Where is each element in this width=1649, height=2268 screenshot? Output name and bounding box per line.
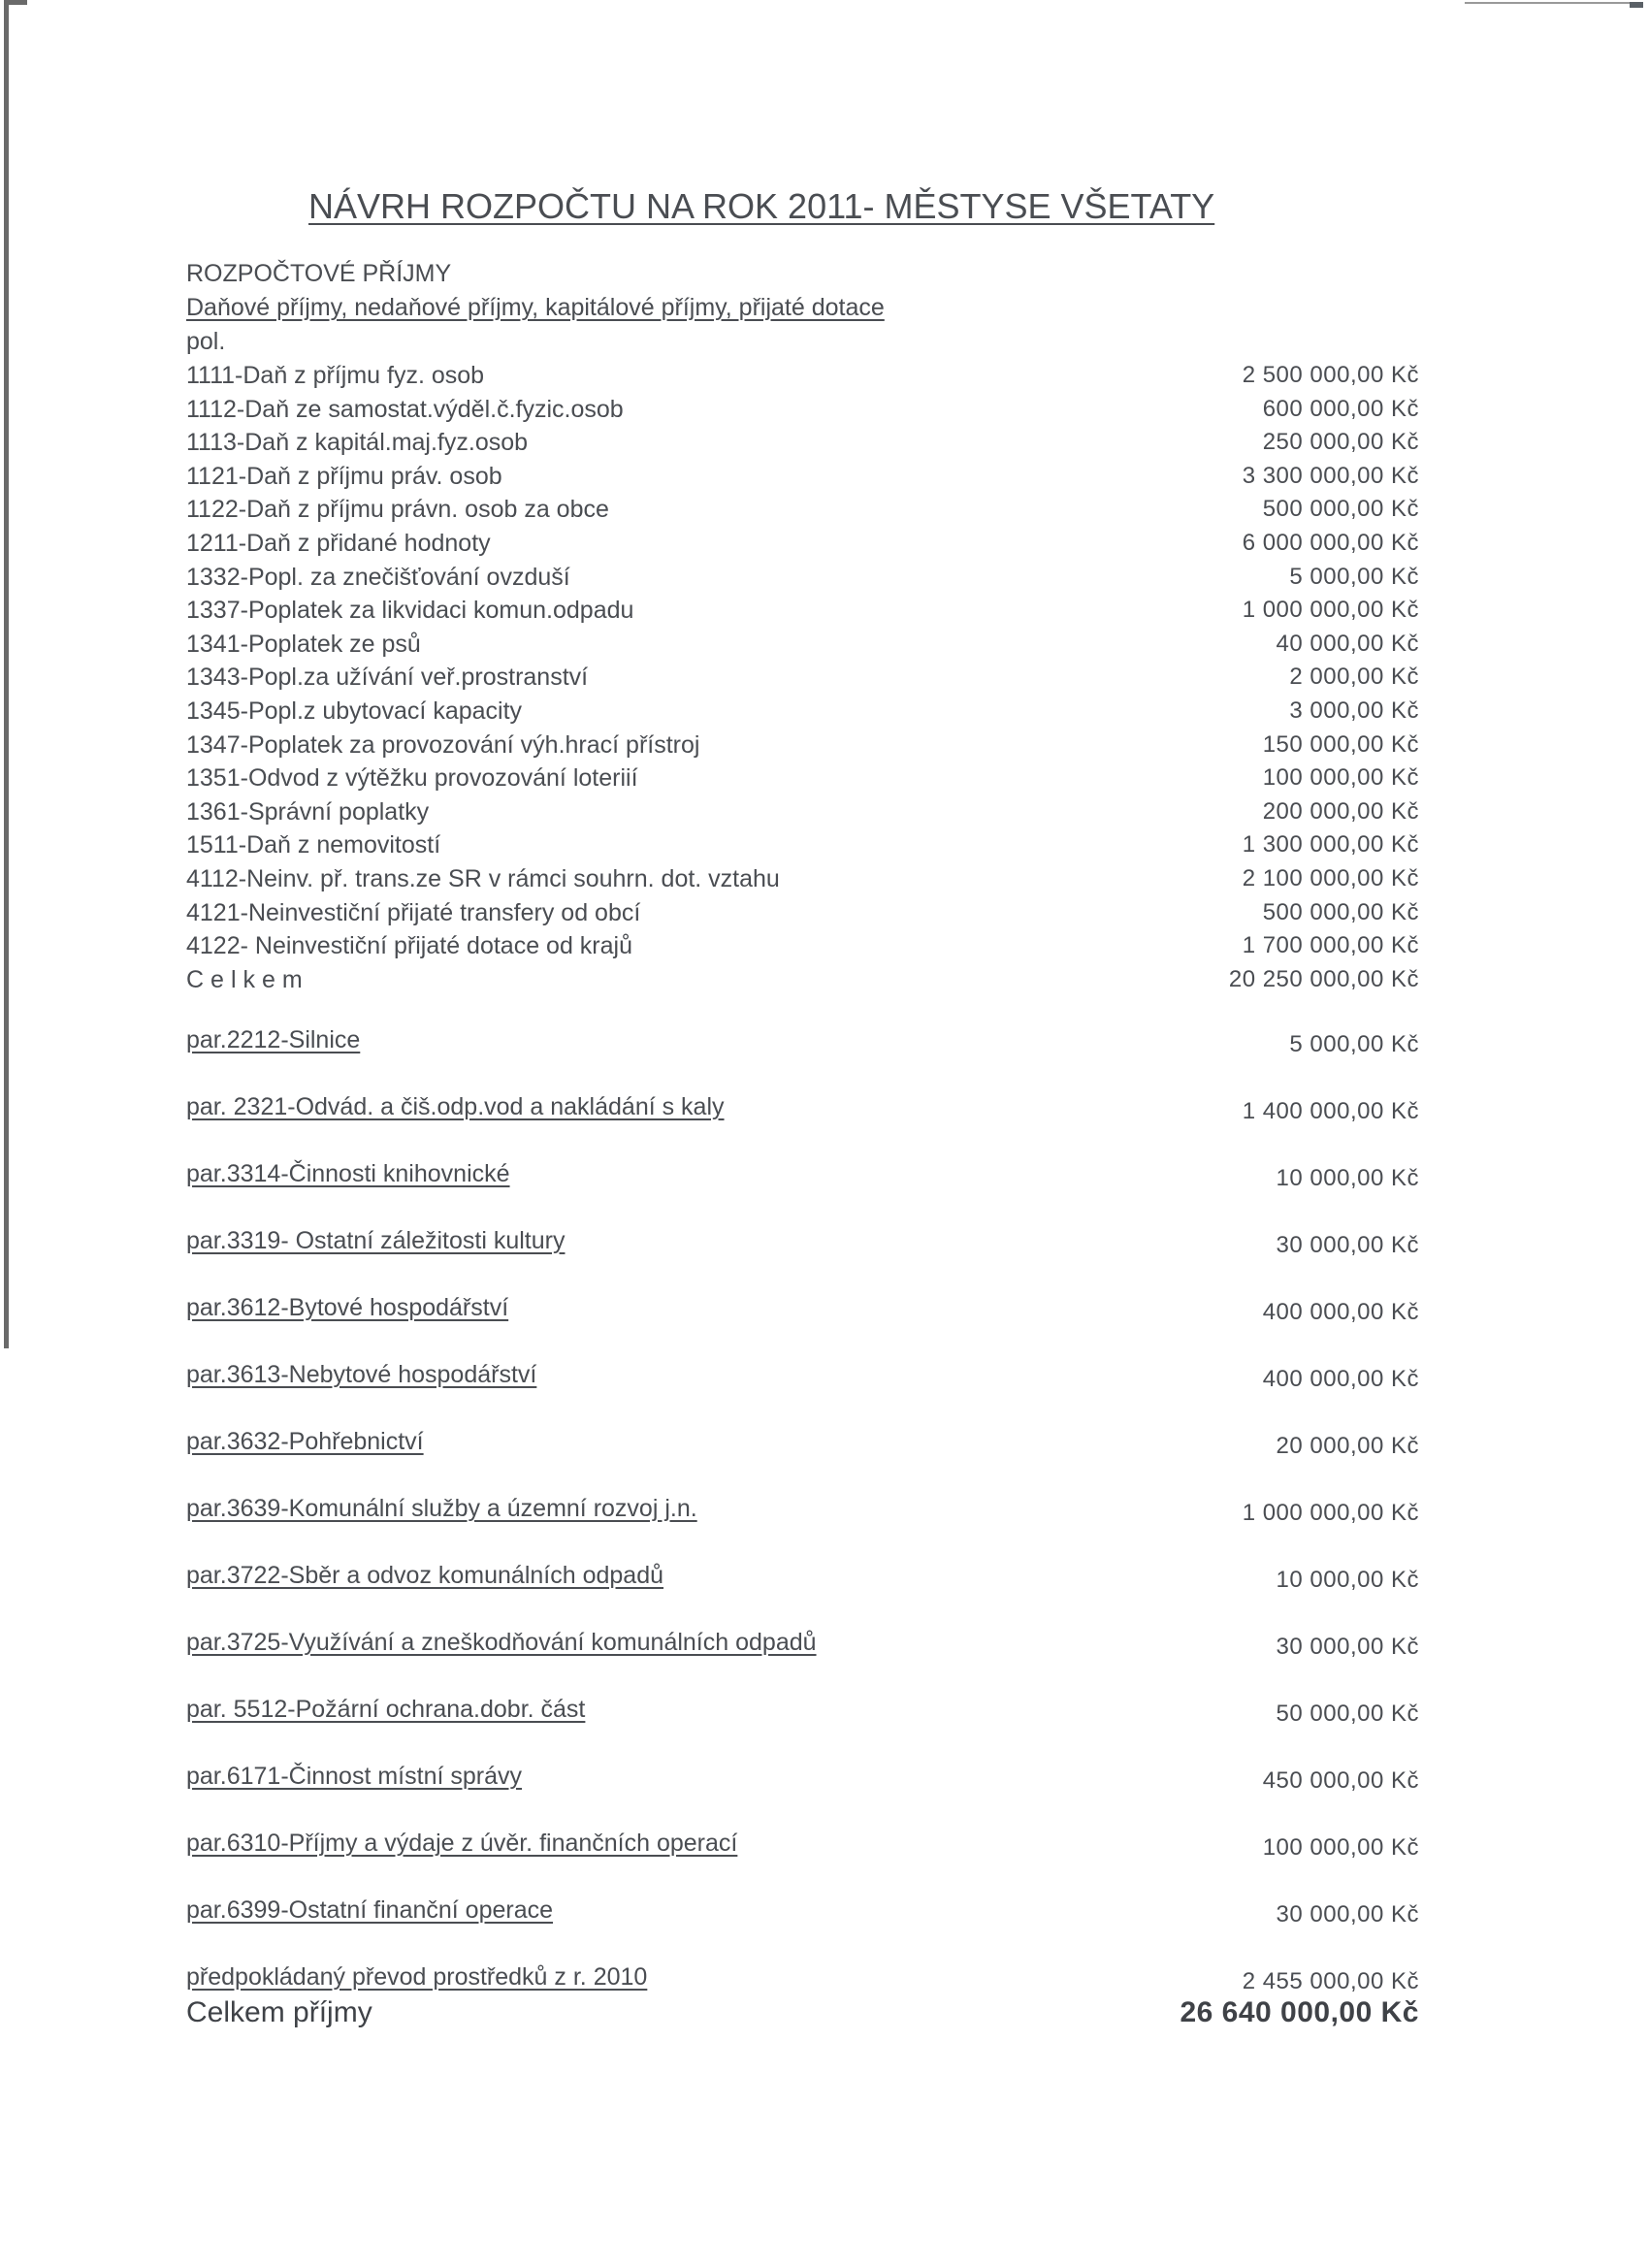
pol-total-value: 20 250 000,00 Kč xyxy=(1229,966,1419,993)
par-item-label: par.3639-Komunální služby a územní rozvo… xyxy=(186,1495,697,1523)
par-item-label: par.2212-Silnice xyxy=(186,1026,360,1054)
pol-item-label: 1343-Popl.za užívání veř.prostranství xyxy=(186,664,588,692)
pol-item-label: 1111-Daň z příjmu fyz. osob xyxy=(186,362,484,390)
pol-item-label: 1332-Popl. za znečišťování ovzduší xyxy=(186,564,570,592)
par-item-label: par.3632-Pohřebnictví xyxy=(186,1428,424,1456)
pol-item-label: 4112-Neinv. př. trans.ze SR v rámci souh… xyxy=(186,865,780,893)
par-item-value: 400 000,00 Kč xyxy=(1263,1299,1419,1326)
par-item-value: 2 455 000,00 Kč xyxy=(1243,1968,1419,1995)
pol-item-label: 1351-Odvod z výtěžku provozování loterii… xyxy=(186,764,638,793)
pol-item-label: 1112-Daň ze samostat.výděl.č.fyzic.osob xyxy=(186,396,624,424)
grand-total-value: 26 640 000,00 Kč xyxy=(1180,1996,1419,2029)
pol-item-label: 1211-Daň z přidané hodnoty xyxy=(186,530,491,558)
par-item-value: 450 000,00 Kč xyxy=(1263,1767,1419,1795)
pol-item-value: 250 000,00 Kč xyxy=(1263,429,1419,456)
par-item-label: par.3612-Bytové hospodářství xyxy=(186,1294,508,1322)
section-subheading: Daňové příjmy, nedaňové příjmy, kapitálo… xyxy=(186,294,885,322)
pol-item-value: 1 300 000,00 Kč xyxy=(1243,831,1419,859)
par-item-value: 50 000,00 Kč xyxy=(1277,1701,1419,1728)
par-item-label: předpokládaný převod prostředků z r. 201… xyxy=(186,1963,647,1992)
par-item-value: 30 000,00 Kč xyxy=(1277,1901,1419,1928)
pol-item-label: 4121-Neinvestiční přijaté transfery od o… xyxy=(186,899,640,927)
pol-item-label: 1113-Daň z kapitál.maj.fyz.osob xyxy=(186,429,528,457)
par-item-label: par. 5512-Požární ochrana.dobr. část xyxy=(186,1696,585,1724)
par-item-value: 10 000,00 Kč xyxy=(1277,1567,1419,1594)
pol-item-label: 1122-Daň z příjmu právn. osob za obce xyxy=(186,496,609,524)
pol-item-value: 100 000,00 Kč xyxy=(1263,764,1419,792)
page-title: NÁVRH ROZPOČTU NA ROK 2011- MĚSTYSE VŠET… xyxy=(308,186,1214,227)
grand-total-label: Celkem příjmy xyxy=(186,1996,372,2029)
pol-total-label: Celkem xyxy=(186,966,309,994)
pol-item-value: 2 100 000,00 Kč xyxy=(1243,865,1419,892)
pol-item-value: 6 000 000,00 Kč xyxy=(1243,530,1419,557)
pol-item-label: 1337-Poplatek za likvidaci komun.odpadu xyxy=(186,597,633,625)
pol-item-value: 3 000,00 Kč xyxy=(1289,697,1419,725)
scan-edge-corner xyxy=(4,0,27,5)
scan-edge-left xyxy=(4,0,9,1348)
pol-item-value: 3 300 000,00 Kč xyxy=(1243,463,1419,490)
par-item-value: 30 000,00 Kč xyxy=(1277,1232,1419,1259)
scan-edge-mark xyxy=(1630,2,1643,8)
pol-item-value: 200 000,00 Kč xyxy=(1263,798,1419,826)
par-item-value: 5 000,00 Kč xyxy=(1289,1031,1419,1058)
par-item-label: par.3722-Sběr a odvoz komunálních odpadů xyxy=(186,1562,663,1590)
pol-item-value: 150 000,00 Kč xyxy=(1263,731,1419,759)
par-item-value: 30 000,00 Kč xyxy=(1277,1634,1419,1661)
pol-item-value: 1 000 000,00 Kč xyxy=(1243,597,1419,624)
par-item-value: 400 000,00 Kč xyxy=(1263,1366,1419,1393)
par-item-label: par.3319- Ostatní záležitosti kultury xyxy=(186,1227,565,1255)
pol-item-value: 600 000,00 Kč xyxy=(1263,396,1419,423)
par-item-label: par.6171-Činnost místní správy xyxy=(186,1763,522,1791)
section-heading: ROZPOČTOVÉ PŘÍJMY xyxy=(186,260,451,288)
pol-item-value: 2 500 000,00 Kč xyxy=(1243,362,1419,389)
pol-item-value: 5 000,00 Kč xyxy=(1289,564,1419,591)
pol-item-label: 1121-Daň z příjmu práv. osob xyxy=(186,463,502,491)
par-item-label: par.3725-Využívání a zneškodňování komun… xyxy=(186,1629,817,1657)
par-item-label: par.3314-Činnosti knihovnické xyxy=(186,1160,510,1188)
par-item-value: 20 000,00 Kč xyxy=(1277,1433,1419,1460)
par-item-label: par. 2321-Odvád. a čiš.odp.vod a nakládá… xyxy=(186,1093,725,1121)
par-item-value: 10 000,00 Kč xyxy=(1277,1165,1419,1192)
par-item-value: 100 000,00 Kč xyxy=(1263,1834,1419,1862)
pol-item-value: 40 000,00 Kč xyxy=(1277,631,1419,658)
pol-item-value: 2 000,00 Kč xyxy=(1289,664,1419,691)
pol-item-value: 500 000,00 Kč xyxy=(1263,899,1419,926)
par-item-label: par.6310-Příjmy a výdaje z úvěr. finančn… xyxy=(186,1830,737,1858)
pol-item-label: 1361-Správní poplatky xyxy=(186,798,429,826)
par-item-label: par.3613-Nebytové hospodářství xyxy=(186,1361,536,1389)
pol-item-label: 1347-Poplatek za provozování výh.hrací p… xyxy=(186,731,699,760)
pol-item-label: 1345-Popl.z ubytovací kapacity xyxy=(186,697,522,726)
pol-item-label: 4122- Neinvestiční přijaté dotace od kra… xyxy=(186,932,632,960)
scan-edge-top xyxy=(1465,2,1630,4)
pol-item-label: 1511-Daň z nemovitostí xyxy=(186,831,440,859)
pol-item-value: 500 000,00 Kč xyxy=(1263,496,1419,523)
par-item-value: 1 400 000,00 Kč xyxy=(1243,1098,1419,1125)
par-item-label: par.6399-Ostatní finanční operace xyxy=(186,1896,553,1925)
pol-item-value: 1 700 000,00 Kč xyxy=(1243,932,1419,959)
pol-item-label: 1341-Poplatek ze psů xyxy=(186,631,421,659)
par-item-value: 1 000 000,00 Kč xyxy=(1243,1500,1419,1527)
pol-label: pol. xyxy=(186,328,225,356)
